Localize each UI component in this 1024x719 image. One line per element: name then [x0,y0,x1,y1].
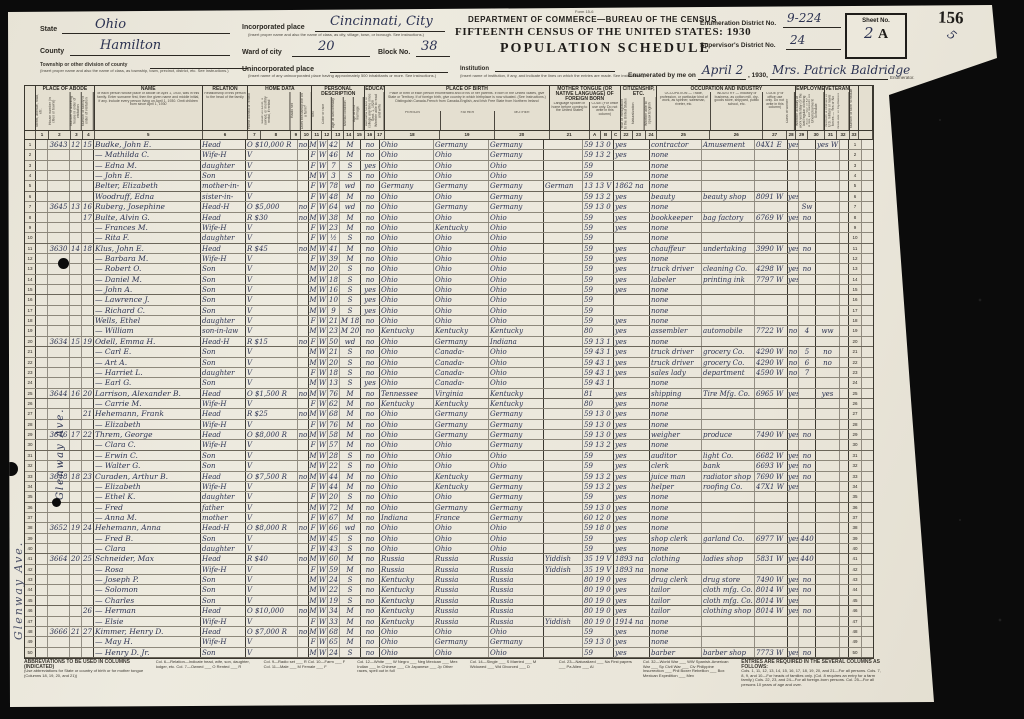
cell-emp: yes [787,554,799,563]
cell-vet [815,472,840,481]
cell-age: 46 [328,150,340,159]
cell-code: 59 13 2 [583,482,614,491]
cell-cit: yes [613,254,650,263]
supervisor-district-value: 24 [790,33,805,47]
cell-race: W [318,368,328,377]
cell-race: W [318,461,328,470]
cell-sex: F [308,399,318,408]
cell-cit: yes [613,451,650,460]
cell-rel: Son [200,575,246,584]
table-row: 4626— HermanHeadO $10,000noMW34Mno yesKe… [25,606,873,616]
cell-name: Ruberg, Josephine [93,202,201,211]
cell-un [799,399,816,408]
cell-occ: beauty operator [649,192,702,201]
cell-ind: department store [702,368,755,377]
cell-sex: F [308,150,318,159]
cell-occ: auditor [649,451,702,460]
cell-tongue [543,192,583,201]
cell-race: W [318,534,328,543]
cell-race: W [318,575,328,584]
cell-tongue [543,275,583,284]
line-number: 21 [848,347,862,356]
cell-dw: 13 [70,202,82,211]
township-note: (Insert proper name and also the name of… [40,69,229,73]
cell-pob: Ohio [379,409,434,418]
cell-home: O $8,000 R [245,430,298,439]
cell-age: 13 [328,378,340,387]
column-group: MOTHER TONGUE (OR NATIVE LANGUAGE) OF FO… [550,86,621,130]
cell-race: W [318,503,328,512]
cell-tongue [543,606,583,615]
cell-pob: Ohio [379,202,434,211]
cell-ind [702,316,755,325]
cell-age: 64 [328,202,340,211]
cell-vet [815,461,840,470]
cell-home: O $8,000 R [245,523,298,532]
cell-sex: M [308,585,318,594]
cell-ed: no no [360,554,380,563]
cell-emp: yes [787,534,799,543]
cell-tongue [543,627,583,636]
cell-ind [702,223,755,232]
cell-race: W [318,585,328,594]
cell-pobm: Ohio [489,378,544,387]
cell-rel: Son [200,585,246,594]
cell-house [48,544,70,553]
cell-tongue [543,326,583,335]
cell-race: W [318,213,328,222]
cell-occ: chauffeur [649,244,702,253]
county-label: County [40,48,64,55]
cell-vet [815,285,840,294]
line-number: 38 [848,523,862,532]
cell-pobm: Ohio [489,523,544,532]
cell-tongue [543,161,583,170]
cell-pob: Ohio [379,264,434,273]
cell-code: 35 19 V [583,554,614,563]
cell-un: 4 [799,326,816,335]
cell-ms: M [340,554,361,563]
column-number: 27 [763,131,787,139]
cell-ind [702,544,755,553]
cell-age: 7 [328,161,340,170]
cell-name: Hehemann, Frank [93,409,201,418]
cell-pob: Ohio [379,648,434,657]
cell-pobm: Germany [489,482,544,491]
cell-ed: no yes [360,637,380,646]
cell-race: W [318,316,328,325]
cell-vet [815,544,840,553]
cell-pob: Ohio [379,161,434,170]
cell-ed: no yes [360,213,380,222]
cell-pobm: Ohio [489,275,544,284]
cell-ed: no yes [360,472,380,481]
cell-name: — Carrie M. [93,399,201,408]
cell-tongue [543,171,583,180]
cell-tongue [543,523,583,532]
cell-pob: Indiana [379,513,434,522]
cell-cit: yes [613,213,650,222]
cell-rel: Son [200,358,246,367]
cell-pobf: France [434,513,489,522]
cell-street [35,482,48,491]
cell-code: 13 13 V [583,181,614,190]
table-row: 47— ElsieWife-HVFW33Mno yesKentuckyRussi… [25,617,873,627]
cell-name: — Frances M. [93,223,201,232]
cell-home: V [245,358,298,367]
cell-vet [815,275,840,284]
cell-rel: sister-in-law [200,192,246,201]
cell-dw: 14 [70,244,82,253]
cell-race: W [318,440,328,449]
cell-ed: no yes [360,192,380,201]
cell-cit: yes [613,596,650,605]
column-number: 31 [825,131,837,139]
cell-rel: Head-H [200,202,246,211]
line-number: 30 [848,440,862,449]
cell-ed: no yes [360,409,380,418]
cell-dw [70,513,82,522]
cell-vet [815,223,840,232]
cell-age: 18 [328,275,340,284]
cell-dw: 12 [70,140,82,149]
cell-sex: F [308,523,318,532]
cell-ind [702,161,755,170]
cell-emp: yes [787,213,799,222]
cell-vet: ww [815,326,840,335]
cell-ed: no yes [360,585,380,594]
enumerated-year: , 1930, [748,72,768,79]
cell-house [48,181,70,190]
cell-code: 60 12 0 [583,513,614,522]
cell-code: 80 19 0 [583,575,614,584]
cell-ms: S [340,275,361,284]
table-row: 4— John E.SonVMW3SnoOhioOhioOhio59none4 [25,171,873,181]
cell-un: no [799,213,816,222]
cell-vet [815,264,840,273]
cell-race: W [318,617,328,626]
cell-code: 59 [583,627,614,636]
cell-pob: Ohio [379,295,434,304]
cell-un: no [799,648,816,657]
cell-emp [787,295,799,304]
cell-tongue [543,233,583,242]
cell-emp: yes [787,596,799,605]
cell-sex: F [308,440,318,449]
column-sub-header: Home owned or rented [248,92,261,130]
cell-occ: none [649,161,702,170]
cell-tongue [543,451,583,460]
cell-ms: wd [340,337,361,346]
column-group: Number of farm schedule [850,86,859,130]
cell-rel: daughter [200,492,246,501]
cell-race: W [318,347,328,356]
cell-pob: Ohio [379,430,434,439]
cell-ind: automobile Co. [702,326,755,335]
cell-occ: none [649,409,702,418]
cell-ocode [755,544,788,553]
cell-rel: Son [200,534,246,543]
cell-rel: Son [200,451,246,460]
cell-emp [787,223,799,232]
cell-occ: none [649,181,702,190]
cell-name: — Solomon [93,585,201,594]
cell-dw: 17 [70,430,82,439]
cell-un [799,420,816,429]
cell-un [799,627,816,636]
cell-emp: yes [787,244,799,253]
cell-race: W [318,223,328,232]
cell-ms: S [340,544,361,553]
column-number: 3 [71,131,83,139]
cell-code: 59 [583,213,614,222]
table-row: 39— Fred B.SonVMW45Sno yesOhioOhioOhio59… [25,534,873,544]
cell-ed: no yes [360,275,380,284]
cell-code: 80 19 0 [583,617,614,626]
cell-home: V [245,223,298,232]
cell-vet [815,503,840,512]
cell-pob: Ohio [379,150,434,159]
cell-tongue [543,409,583,418]
cell-tongue [543,503,583,512]
cell-occ: none [649,378,702,387]
cell-street [35,554,48,563]
cell-ocode [755,223,788,232]
table-row: 15— John A.SonVMW16Syes yesOhioOhioOhio5… [25,285,873,295]
line-number: 19 [848,326,862,335]
cell-dw [70,213,82,222]
cell-name: Budke, John E. [93,140,201,149]
cell-dw [70,585,82,594]
cell-pobm: Ohio [489,306,544,315]
cell-pobm: Ohio [489,544,544,553]
cell-ocode [755,161,788,170]
table-body: 136431215Budke, John E.HeadO $10,000 Rno… [24,140,874,659]
cell-ind: cleaning Co. [702,264,755,273]
column-sub-header: Marital condition [344,97,354,130]
cell-ocode [755,150,788,159]
cell-tongue [543,254,583,263]
enumerated-label: Enumerated by me on [628,72,696,79]
cell-sex: M [308,534,318,543]
cell-name: Belter, Elizabeth [93,181,201,190]
column-sub-header: Class of worker [786,92,795,130]
cell-code: 59 [583,254,614,263]
cell-rel: Son [200,295,246,304]
cell-emp [787,544,799,553]
cell-ms: S [340,347,361,356]
cell-ocode [755,378,788,387]
cell-ed: no yes [360,223,380,232]
cell-pobm: Russia [489,565,544,574]
cell-tongue [543,358,583,367]
cell-sex: M [308,430,318,439]
cell-occ: none [649,492,702,501]
cell-ocode [755,420,788,429]
cell-emp [787,202,799,211]
column-number: 11 [312,131,322,139]
column-number: 24 [646,131,658,139]
supervisor-district-underline [786,49,841,50]
cell-street [35,544,48,553]
cell-age: 20 [328,492,340,501]
cell-ed: no yes [360,617,380,626]
cell-un [799,513,816,522]
cell-home: V [245,192,298,201]
column-sub-header: Does this family live on a farm? [301,92,312,130]
cell-pobm: Germany [489,192,544,201]
cell-occ: none [649,617,702,626]
cell-home: V [245,534,298,543]
cell-dw [70,378,82,387]
abbrev-title-block: ABBREVIATIONS TO BE USED IN COLUMNS (IND… [24,660,148,688]
column-number: C [612,131,621,139]
cell-race: W [318,482,328,491]
column-number: 33 [850,131,859,139]
entries-block: ENTRIES ARE REQUIRED IN THE SEVERAL COLU… [741,660,884,688]
cell-dw [70,461,82,470]
cell-sex: F [308,223,318,232]
cell-rel: Head [200,244,246,253]
cell-tongue: Yiddish [543,554,583,563]
cell-occ: tailor [649,596,702,605]
cell-ocode: 7773 W [755,648,788,657]
cell-name: — John E. [93,171,201,180]
cell-ind: roofing Co. [702,482,755,491]
cell-street [35,150,48,159]
cell-pobf: Ohio [434,213,489,222]
cell-vet [815,161,840,170]
cell-cit: yes [613,627,650,636]
cell-ed: no yes [360,347,380,356]
cell-tongue [543,213,583,222]
cell-house [48,223,70,232]
cell-pobm: Germany [489,637,544,646]
line-number: 8 [848,213,862,222]
cell-code: 59 [583,295,614,304]
column-number [859,131,873,139]
cell-ed: no yes [360,420,380,429]
cell-name: — May H. [93,637,201,646]
line-number: 47 [848,617,862,626]
cell-rel: Head [200,389,246,398]
column-sub-header: OCCUPATION — Trade, profession, or parti… [657,92,709,130]
cell-ed: no yes [360,606,380,615]
line-number: 11 [848,244,862,253]
line-number: 7 [848,202,862,211]
cell-ed: no yes [360,254,380,263]
cell-sex: F [308,420,318,429]
cell-dw [70,482,82,491]
cell-vet [815,596,840,605]
cell-occ: none [649,337,702,346]
cell-street [35,285,48,294]
cell-ms: wd [340,202,361,211]
cell-ed: yes [360,161,380,170]
cell-cit: yes [613,606,650,615]
cell-house [48,606,70,615]
line-number: 36 [848,503,862,512]
cell-emp [787,503,799,512]
cell-pob: Ohio [379,461,434,470]
line-number: 44 [848,585,862,594]
table-row: 13— Robert O.SonVMW20Sno yesOhioOhioOhio… [25,264,873,274]
cell-code: 59 [583,451,614,460]
cell-tongue [543,596,583,605]
cell-race: W [318,513,328,522]
cell-pobm: Germany [489,409,544,418]
cell-name: Kimmer, Henry D. [93,627,201,636]
schedule-title: POPULATION SCHEDULE [500,41,711,57]
cell-rel: Son [200,306,246,315]
cell-pob: Ohio [379,503,434,512]
cell-ed: no yes [360,534,380,543]
cell-occ: clothing [649,554,702,563]
table-row: 35— Ethel K.daughterVFW20Sno yesOhioOhio… [25,492,873,502]
cell-emp [787,420,799,429]
cell-dw [70,295,82,304]
cell-name: Bulte, Alvin G. [93,213,201,222]
census-table: PLACE OF ABODEStreet, avenue, road, etc.… [24,85,874,659]
cell-cit: yes [613,430,650,439]
cell-ed: no yes [360,264,380,273]
cell-home: O $1,500 R [245,389,298,398]
cell-emp [787,409,799,418]
cell-age: 19 [328,596,340,605]
cell-pobf: Ohio [434,244,489,253]
table-row: 17— Richard C.SonVMW9SyesOhioOhioOhio59n… [25,306,873,316]
line-number: 14 [848,275,862,284]
cell-ind: grocery Co. [702,347,755,356]
column-group: PERSONAL DESCRIPTIONSexColor or raceAge … [312,86,365,130]
cell-un [799,378,816,387]
cell-age: 10 [328,295,340,304]
line-number: 46 [848,606,862,615]
table-row: 14— Daniel M.SonVMW18Sno yesOhioOhioOhio… [25,275,873,285]
cell-code: 80 19 0 [583,606,614,615]
cell-ind [702,492,755,501]
column-group: CITIZENSHIP, ETC.Year of immigration to … [621,86,658,130]
abbrev-col-5: Col. 23—Naturalized ___ Na First papers … [559,660,635,688]
cell-occ: none [649,565,702,574]
cell-un: 440 [799,534,816,543]
cell-ocode: 5831 W [755,554,788,563]
cell-street [35,472,48,481]
cell-house [48,171,70,180]
cell-vet [815,575,840,584]
cell-age: 42 [328,140,340,149]
cell-emp [787,181,799,190]
cell-pobm: Ohio [489,627,544,636]
line-number: 23 [848,368,862,377]
cell-rel: Son [200,461,246,470]
cell-street [35,316,48,325]
column-number: 17 [375,131,385,139]
column-number-strip: 123456789101112131415161718192021ABC2223… [24,130,874,140]
cell-street [35,223,48,232]
cell-race: W [318,409,328,418]
cell-rel: Wife-H [200,399,246,408]
cell-home: V [245,482,298,491]
cell-ind: barber shop [702,648,755,657]
cell-ocode [755,181,788,190]
cell-ms: M [340,409,361,418]
cell-race: W [318,596,328,605]
line-number: 45 [848,596,862,605]
cell-ed: yes yes [360,285,380,294]
cell-house: 3645 [48,202,70,211]
cell-age: 76 [328,420,340,429]
